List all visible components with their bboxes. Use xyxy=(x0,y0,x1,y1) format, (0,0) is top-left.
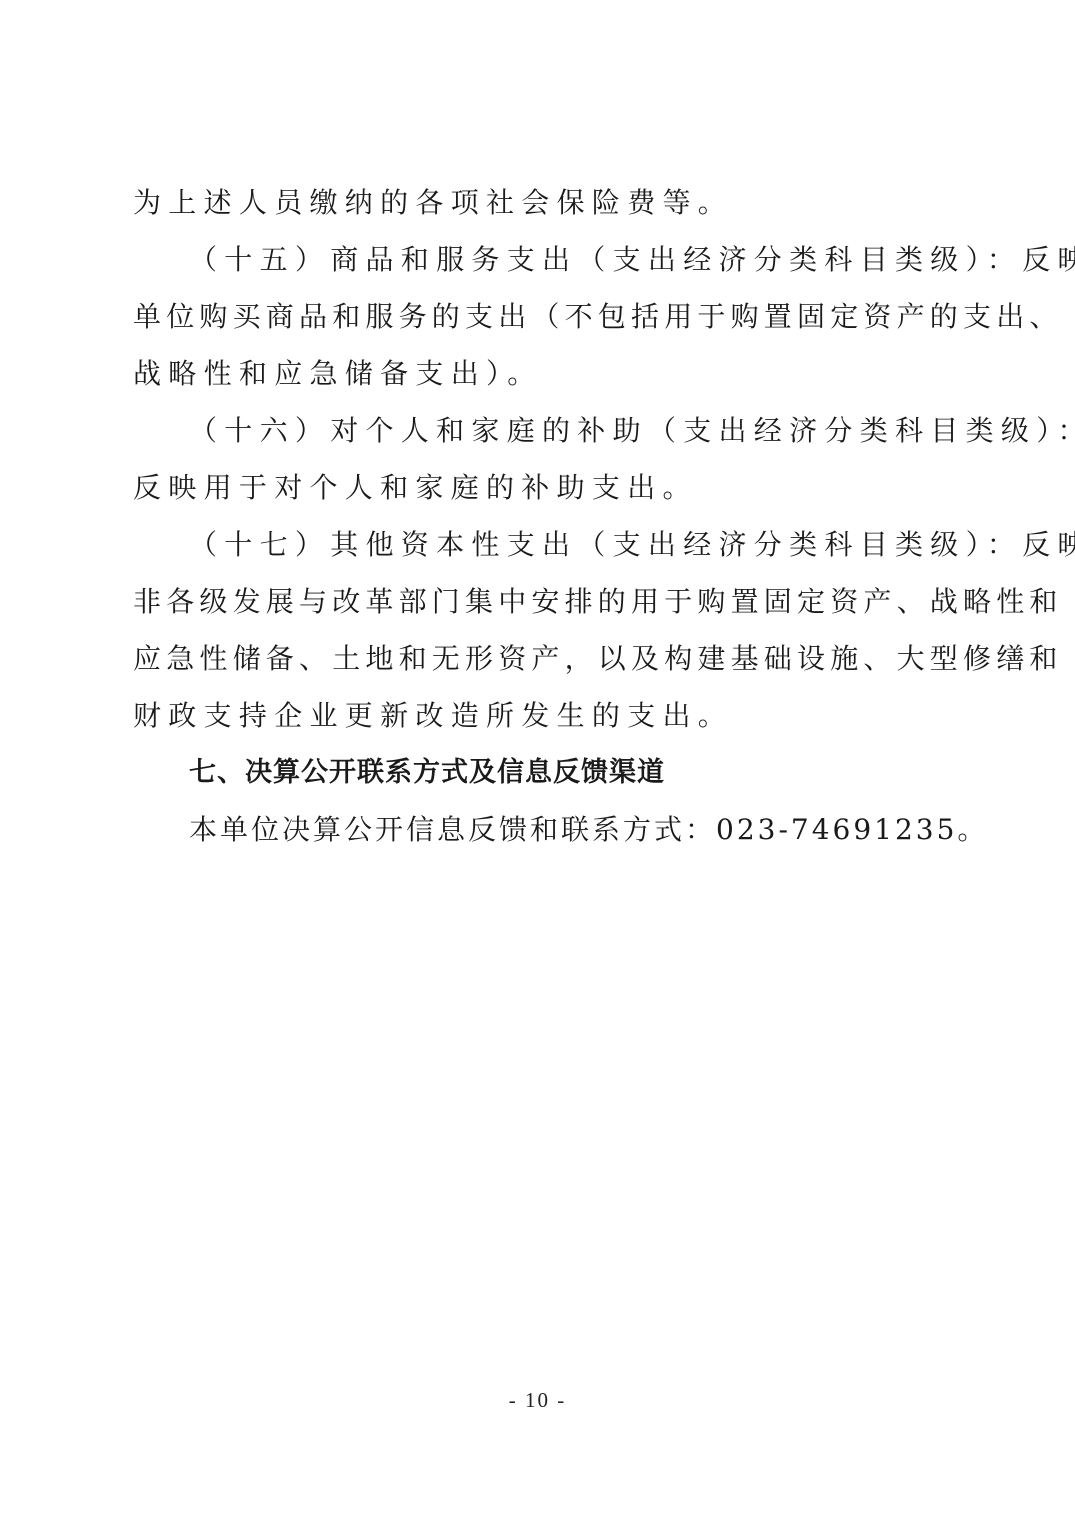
paragraph-line: 战略性和应急储备支出）。 xyxy=(133,354,543,394)
paragraph-line: 为上述人员缴纳的各项社会保险费等。 xyxy=(133,183,733,223)
document-page: 为上述人员缴纳的各项社会保险费等。 （十五）商品和服务支出（支出经济分类科目类级… xyxy=(0,0,1075,1520)
paragraph-line: 非各级发展与改革部门集中安排的用于购置固定资产、战略性和 xyxy=(133,582,1063,622)
item-16-heading-line: （十六）对个人和家庭的补助（支出经济分类科目类级）： xyxy=(189,411,1075,451)
paragraph-line: 单位购买商品和服务的支出（不包括用于购置固定资产的支出、 xyxy=(133,297,1063,337)
item-17-heading-line: （十七）其他资本性支出（支出经济分类科目类级）：反映 xyxy=(189,525,1075,565)
paragraph-line: 应急性储备、土地和无形资产，以及构建基础设施、大型修缮和 xyxy=(133,639,1063,679)
section-heading: 七、决算公开联系方式及信息反馈渠道 xyxy=(189,753,665,793)
item-15-heading-line: （十五）商品和服务支出（支出经济分类科目类级）：反映 xyxy=(189,240,1075,280)
contact-line: 本单位决算公开信息反馈和联系方式：023-74691235。 xyxy=(189,810,988,850)
paragraph-line: 财政支持企业更新改造所发生的支出。 xyxy=(133,696,733,736)
paragraph-line: 反映用于对个人和家庭的补助支出。 xyxy=(133,468,698,508)
page-number: - 10 - xyxy=(0,1388,1075,1413)
